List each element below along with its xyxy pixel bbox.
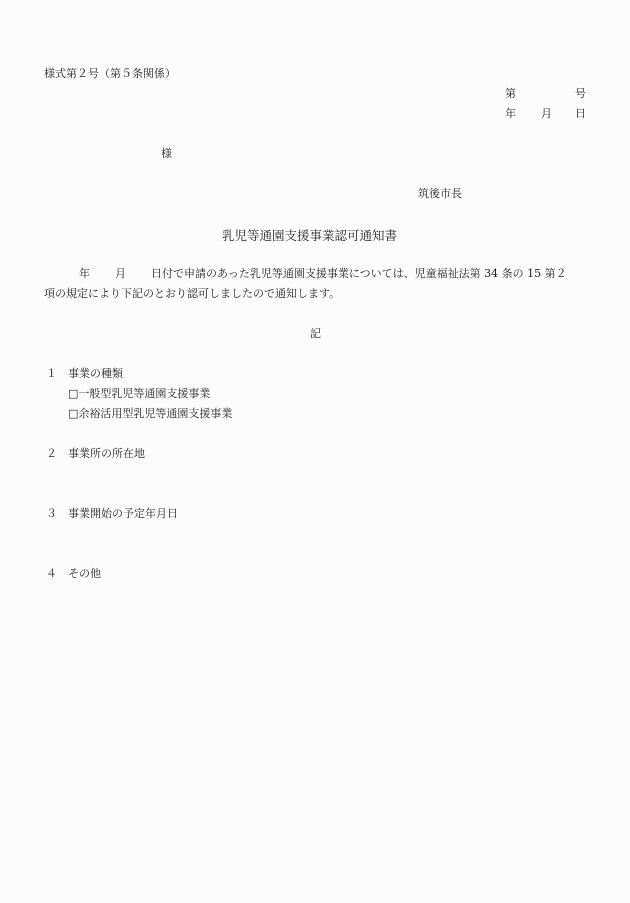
checkbox-general[interactable]: □ bbox=[68, 387, 78, 400]
document-title: 乳児等通園支援事業認可通知書 bbox=[222, 229, 397, 243]
item-3-label: 事業開始の予定年月日 bbox=[68, 507, 178, 521]
item-3-number: ３ bbox=[46, 507, 57, 521]
issuer: 筑後市長 bbox=[418, 187, 462, 201]
date-month: 月 bbox=[541, 107, 552, 121]
body-line1: 日付で申請のあった乳児等通園支援事業については、児童福祉法第 34 条の 15 … bbox=[151, 267, 567, 281]
body-month: 月 bbox=[115, 267, 126, 281]
body-year: 年 bbox=[79, 267, 90, 281]
body-line2: 項の規定により下記のとおり認可しましたので通知します。 bbox=[44, 287, 340, 301]
item-4-label: その他 bbox=[68, 567, 101, 581]
doc-number-suffix: 号 bbox=[575, 87, 586, 101]
option-general: □一般型乳児等通園支援事業 bbox=[68, 387, 210, 401]
option-general-label: 一般型乳児等通園支援事業 bbox=[78, 387, 210, 400]
checkbox-surplus[interactable]: □ bbox=[68, 407, 78, 420]
addressee-suffix: 様 bbox=[161, 147, 172, 161]
item-1-label: 事業の種類 bbox=[68, 367, 123, 381]
doc-number-prefix: 第 bbox=[505, 87, 516, 101]
item-4-number: ４ bbox=[46, 567, 57, 581]
ki-heading: 記 bbox=[310, 327, 321, 341]
option-surplus-label: 余裕活用型乳児等通園支援事業 bbox=[78, 407, 232, 420]
option-surplus: □余裕活用型乳児等通園支援事業 bbox=[68, 407, 232, 421]
item-1-number: １ bbox=[46, 367, 57, 381]
date-day: 日 bbox=[575, 107, 586, 121]
item-2-label: 事業所の所在地 bbox=[68, 447, 145, 461]
form-number: 様式第２号（第５条関係） bbox=[44, 67, 176, 81]
date-year: 年 bbox=[505, 107, 516, 121]
item-2-number: ２ bbox=[46, 447, 57, 461]
